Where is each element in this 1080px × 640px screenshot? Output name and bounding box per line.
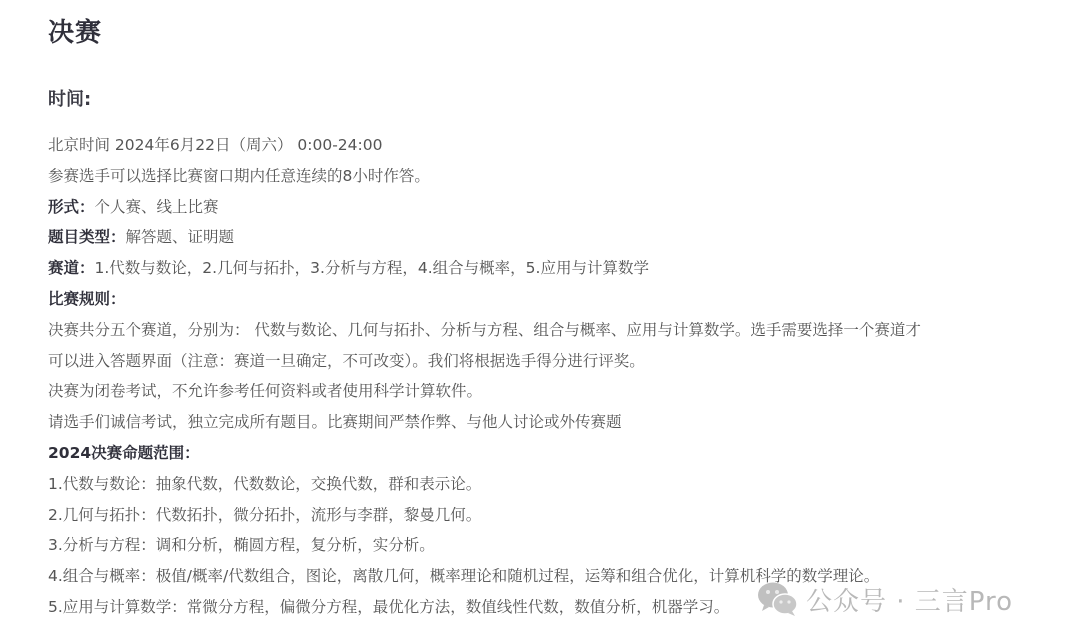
wechat-icon: [756, 581, 800, 617]
tracks-label: 赛道：: [48, 259, 95, 277]
watermark: 公众号 · 三言Pro: [756, 580, 1013, 618]
scope-label: 2024决赛命题范围：: [48, 444, 200, 462]
tracks-value: 1.代数与数论，2.几何与拓扑，3.分析与方程，4.组合与概率，5.应用与计算数…: [95, 259, 649, 277]
scope-heading-row: 2024决赛命题范围：: [48, 438, 1058, 469]
question-type-label: 题目类型：: [48, 228, 126, 246]
format-row: 形式：个人赛、线上比赛: [48, 192, 1058, 223]
rules-paragraph: 决赛共分五个赛道，分别为： 代数与数论、几何与拓扑、分析与方程、组合与概率、应用…: [48, 315, 1058, 346]
scope-item: 3.分析与方程：调和分析，椭圆方程，复分析，实分析。: [48, 530, 1058, 561]
rules-paragraph: 决赛为闭卷考试，不允许参考任何资料或者使用科学计算软件。: [48, 376, 1058, 407]
time-note: 参赛选手可以选择比赛窗口期内任意连续的8小时作答。: [48, 161, 1058, 192]
page-title: 决赛: [48, 12, 102, 49]
question-type-value: 解答题、证明题: [126, 228, 235, 246]
rules-heading-row: 比赛规则：: [48, 284, 1058, 315]
rules-paragraph: 请选手们诚信考试，独立完成所有题目。比赛期间严禁作弊、与他人讨论或外传赛题: [48, 407, 1058, 438]
rules-paragraph: 可以进入答题界面（注意：赛道一旦确定，不可改变）。我们将根据选手得分进行评奖。: [48, 346, 1058, 377]
rules-label: 比赛规则：: [48, 290, 126, 308]
question-type-row: 题目类型：解答题、证明题: [48, 222, 1058, 253]
watermark-text: 公众号 · 三言Pro: [806, 581, 1013, 618]
format-value: 个人赛、线上比赛: [95, 198, 219, 216]
format-label: 形式：: [48, 198, 95, 216]
content-body: 北京时间 2024年6月22日（周六） 0:00-24:00 参赛选手可以选择比…: [48, 130, 1058, 623]
scope-item: 1.代数与数论：抽象代数，代数数论，交换代数，群和表示论。: [48, 469, 1058, 500]
tracks-row: 赛道：1.代数与数论，2.几何与拓扑，3.分析与方程，4.组合与概率，5.应用与…: [48, 253, 1058, 284]
scope-item: 2.几何与拓扑：代数拓扑，微分拓扑，流形与李群，黎曼几何。: [48, 500, 1058, 531]
time-heading: 时间:: [48, 85, 91, 111]
time-line: 北京时间 2024年6月22日（周六） 0:00-24:00: [48, 130, 1058, 161]
